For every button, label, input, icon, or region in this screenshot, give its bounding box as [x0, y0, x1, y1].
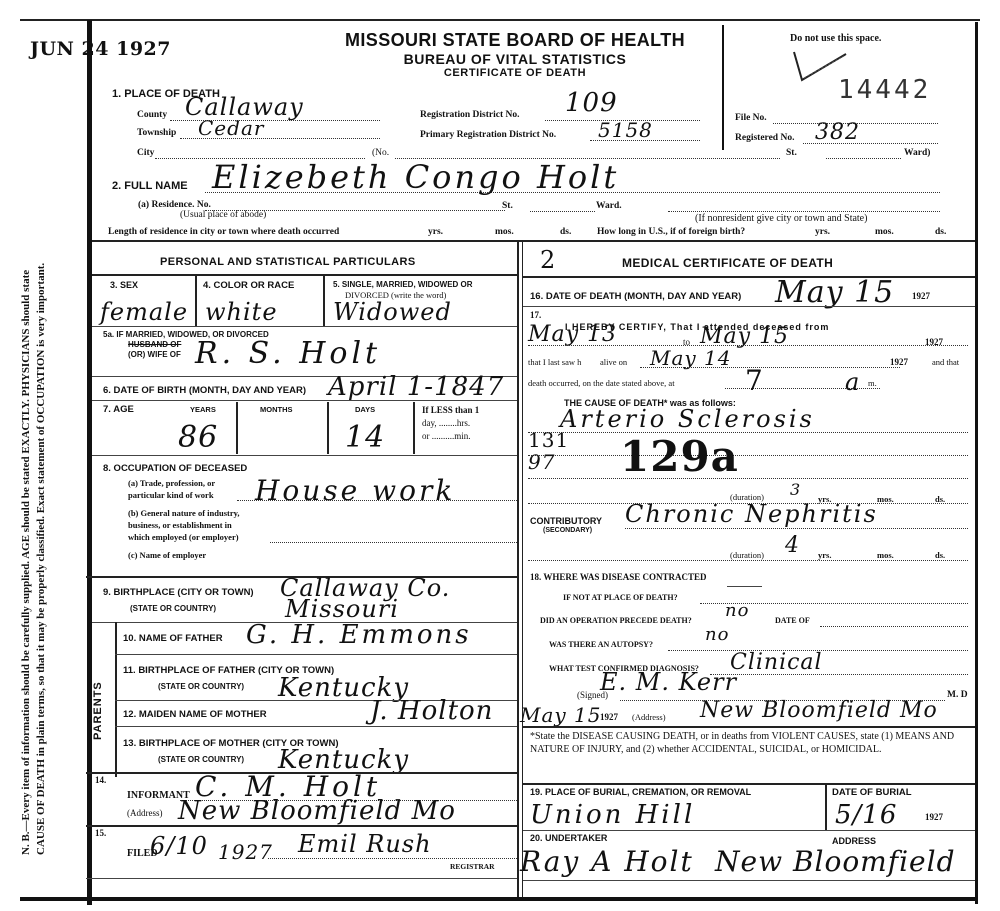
us-mos-label: mos. — [875, 227, 894, 237]
signed-date-value: May 15 — [520, 703, 602, 727]
race-label: 4. COLOR OR RACE — [203, 280, 294, 291]
top-border — [20, 19, 980, 21]
us-yrs-label: yrs. — [815, 227, 830, 237]
primary-registration-label: Primary Registration District No. — [420, 130, 556, 140]
occupation-c-label: (c) Name of employer — [128, 550, 206, 560]
age-years-value: 86 — [178, 420, 218, 455]
primary-registration-value: 5158 — [598, 118, 653, 142]
birthplace-state-label: (STATE OR COUNTRY) — [130, 604, 216, 613]
do-not-use-note: Do not use this space. — [790, 33, 881, 44]
bottom-border — [20, 897, 978, 901]
residence-street-label: St. — [502, 201, 513, 211]
length-ds-label: ds. — [560, 227, 571, 237]
residence-label: (a) Residence. No. — [138, 200, 211, 210]
full-name-value: Elizebeth Congo Holt — [212, 158, 619, 196]
burial-year-value: 1927 — [925, 812, 943, 822]
item-17-label: 17. — [530, 310, 541, 320]
township-value: Cedar — [198, 116, 264, 140]
registrar-label: REGISTRAR — [450, 862, 495, 871]
residence-sublabel: (Usual place of abode) — [180, 210, 266, 220]
file-number-label: File No. — [735, 113, 767, 123]
margin-instruction-2: CAUSE OF DEATH in plain terms, so that i… — [35, 263, 47, 855]
marital-label-1: 5. SINGLE, MARRIED, WIDOWED OR — [333, 280, 473, 289]
father-state-label: (STATE OR COUNTRY) — [158, 682, 244, 691]
informant-number: 14. — [95, 775, 106, 785]
sex-value: female — [100, 298, 188, 326]
date-of-death-year: 1927 — [912, 291, 930, 301]
header-divider — [722, 25, 724, 150]
us-ds-label: ds. — [935, 227, 946, 237]
contrib-yrs-label: yrs. — [818, 550, 831, 560]
test-value: Clinical — [730, 650, 823, 675]
last-saw-year: 1927 — [890, 357, 908, 367]
undertaker-address-value: New Bloomfield — [715, 845, 956, 878]
birthplace-state-value: Missouri — [285, 595, 399, 623]
mother-name-label: 12. MAIDEN NAME OF MOTHER — [123, 709, 267, 720]
signed-year-value: 1927 — [600, 712, 618, 722]
physician-signature: E. M. Kerr — [600, 668, 737, 696]
margin-instruction-1: N. B.—Every item of information should b… — [20, 270, 32, 855]
burial-date-value: 5/16 — [835, 800, 897, 830]
age-days-value: 14 — [345, 420, 385, 455]
informant-address-value: New Bloomfield Mo — [178, 796, 456, 826]
us-residence-label: How long in U.S., if of foreign birth? — [597, 227, 745, 237]
father-name-value: G. H. Emmons — [246, 620, 472, 650]
length-mos-label: mos. — [495, 227, 514, 237]
operation-date-label: DATE OF — [775, 616, 810, 625]
nonresident-note: (If nonresident give city or town and St… — [695, 213, 867, 224]
street-label: St. — [786, 148, 797, 158]
age-label: 7. AGE — [103, 404, 134, 415]
operation-label: DID AN OPERATION PRECEDE DEATH? — [540, 616, 692, 625]
cause-code-1: 131 — [528, 428, 569, 452]
received-date-stamp: JUN 24 1927 — [30, 38, 171, 60]
right-border — [975, 22, 978, 904]
cause-footnote: *State the DISEASE CAUSING DEATH, or in … — [530, 730, 970, 756]
contributory-duration-yrs: 4 — [785, 533, 800, 558]
contributory-duration-label: (duration) — [730, 550, 764, 560]
age-less-label-3: or ..........min. — [422, 431, 471, 441]
operation-value: no — [725, 600, 749, 621]
occupation-b-label-2: business, or establishment in — [128, 520, 232, 530]
residence-ward-label: Ward. — [596, 201, 622, 211]
autopsy-label: WAS THERE AN AUTOPSY? — [549, 640, 653, 649]
occupation-a-label-2: particular kind of work — [128, 490, 214, 500]
personal-section-title: PERSONAL AND STATISTICAL PARTICULARS — [160, 256, 416, 268]
length-of-residence-label: Length of residence in city or town wher… — [108, 227, 339, 237]
contributory-value: Chronic Nephritis — [625, 500, 878, 528]
house-number-label: (No. — [372, 148, 389, 158]
contrib-ds-label: ds. — [935, 550, 945, 560]
occupation-b-label-3: which employed (or employer) — [128, 532, 239, 542]
age-less-label-1: If LESS than 1 — [422, 405, 479, 415]
certificate-header: MISSOURI STATE BOARD OF HEALTH BUREAU OF… — [300, 30, 730, 79]
dob-value: April 1-1847 — [328, 372, 504, 402]
and-that-label: and that — [932, 357, 959, 367]
contributory-label: CONTRIBUTORY — [530, 516, 602, 526]
burial-place-label: 19. PLACE OF BURIAL, CREMATION, OR REMOV… — [530, 787, 751, 797]
spouse-label-3: (OR) WIFE OF — [128, 350, 181, 359]
medical-mark: 2 — [540, 246, 556, 274]
father-name-label: 10. NAME OF FATHER — [123, 633, 223, 644]
agency-name: MISSOURI STATE BOARD OF HEALTH — [300, 30, 730, 51]
filed-date-value: 6/10 — [150, 832, 208, 860]
age-years-label: YEARS — [190, 405, 216, 414]
date-of-death-value: May 15 — [775, 275, 894, 310]
physician-address-label: (Address) — [632, 712, 666, 722]
filed-year-value: 1927 — [218, 840, 273, 864]
birthplace-label: 9. BIRTHPLACE (CITY OR TOWN) — [103, 587, 254, 598]
last-saw-label: that I last saw h — [528, 357, 581, 367]
contrib-mos-label: mos. — [877, 550, 894, 560]
medical-section-title: MEDICAL CERTIFICATE OF DEATH — [622, 256, 833, 270]
registration-district-value: 109 — [565, 88, 618, 118]
race-value: white — [205, 298, 278, 326]
cause-code-2: 97 — [528, 450, 555, 474]
physician-address-value: New Bloomfield Mo — [700, 698, 938, 723]
secondary-label: (SECONDARY) — [543, 527, 592, 534]
full-name-label: 2. FULL NAME — [112, 180, 188, 192]
md-label: M. D — [947, 690, 968, 700]
bureau-name: BUREAU OF VITAL STATISTICS — [300, 51, 730, 67]
cause-duration-yrs: 3 — [790, 480, 801, 499]
registrar-signature: Emil Rush — [298, 830, 432, 858]
burial-place-value: Union Hill — [530, 800, 695, 830]
cause-of-death-value: Arterio Sclerosis — [560, 405, 815, 433]
burial-date-label: DATE OF BURIAL — [832, 787, 912, 798]
death-occurred-label: death occurred, on the date stated above… — [528, 378, 675, 388]
not-at-place-label: IF NOT AT PLACE OF DEATH? — [563, 593, 678, 602]
occupation-label: 8. OCCUPATION OF DECEASED — [103, 463, 247, 474]
city-label: City — [137, 148, 154, 158]
dob-label: 6. DATE OF BIRTH (MONTH, DAY AND YEAR) — [103, 385, 306, 396]
occupation-a-label-1: (a) Trade, profession, or — [128, 478, 215, 488]
attended-to-year: 1927 — [925, 337, 943, 347]
township-label: Township — [137, 128, 176, 138]
county-label: County — [137, 110, 167, 120]
date-of-death-label: 16. DATE OF DEATH (MONTH, DAY AND YEAR) — [530, 291, 741, 302]
marital-value: Widowed — [333, 298, 452, 326]
mother-state-label: (STATE OR COUNTRY) — [158, 755, 244, 764]
sex-label: 3. SEX — [110, 280, 138, 290]
attended-from-value: May 13 — [528, 322, 617, 347]
ward-label: Ward) — [904, 148, 930, 158]
m-label: m. — [868, 378, 877, 388]
age-days-label: DAYS — [355, 405, 375, 414]
filed-number: 15. — [95, 828, 106, 838]
cause-classification-code: 129a — [620, 432, 739, 481]
spouse-label-2: HUSBAND OF — [128, 340, 181, 349]
disease-contracted-label: 18. WHERE WAS DISEASE CONTRACTED — [530, 572, 706, 582]
form-title: CERTIFICATE OF DEATH — [300, 67, 730, 79]
undertaker-label: 20. UNDERTAKER — [530, 833, 607, 843]
occupation-b-label-1: (b) General nature of industry, — [128, 508, 240, 518]
registered-number-label: Registered No. — [735, 133, 794, 143]
death-certificate: JUN 24 1927 N. B.—Every item of informat… — [0, 0, 1000, 911]
undertaker-value: Ray A Holt — [520, 845, 694, 878]
column-divider — [517, 242, 519, 897]
am-pm-value: a — [845, 368, 860, 396]
age-months-label: MONTHS — [260, 405, 293, 414]
length-yrs-label: yrs. — [428, 227, 443, 237]
occupation-value: House work — [255, 474, 455, 507]
certificate-number: 14442 — [838, 75, 931, 105]
alive-on-label: alive on — [600, 357, 627, 367]
time-of-death-value: 7 — [745, 364, 764, 397]
parents-label: PARENTS — [92, 681, 104, 740]
registered-number-value: 382 — [815, 120, 860, 145]
mother-name-value: J. Holton — [370, 696, 493, 726]
informant-address-label: (Address) — [127, 808, 163, 818]
spouse-value: R. S. Holt — [195, 336, 381, 371]
registration-district-label: Registration District No. — [420, 110, 519, 120]
age-less-label-2: day, ........hrs. — [422, 418, 470, 428]
autopsy-value: no — [705, 624, 729, 645]
